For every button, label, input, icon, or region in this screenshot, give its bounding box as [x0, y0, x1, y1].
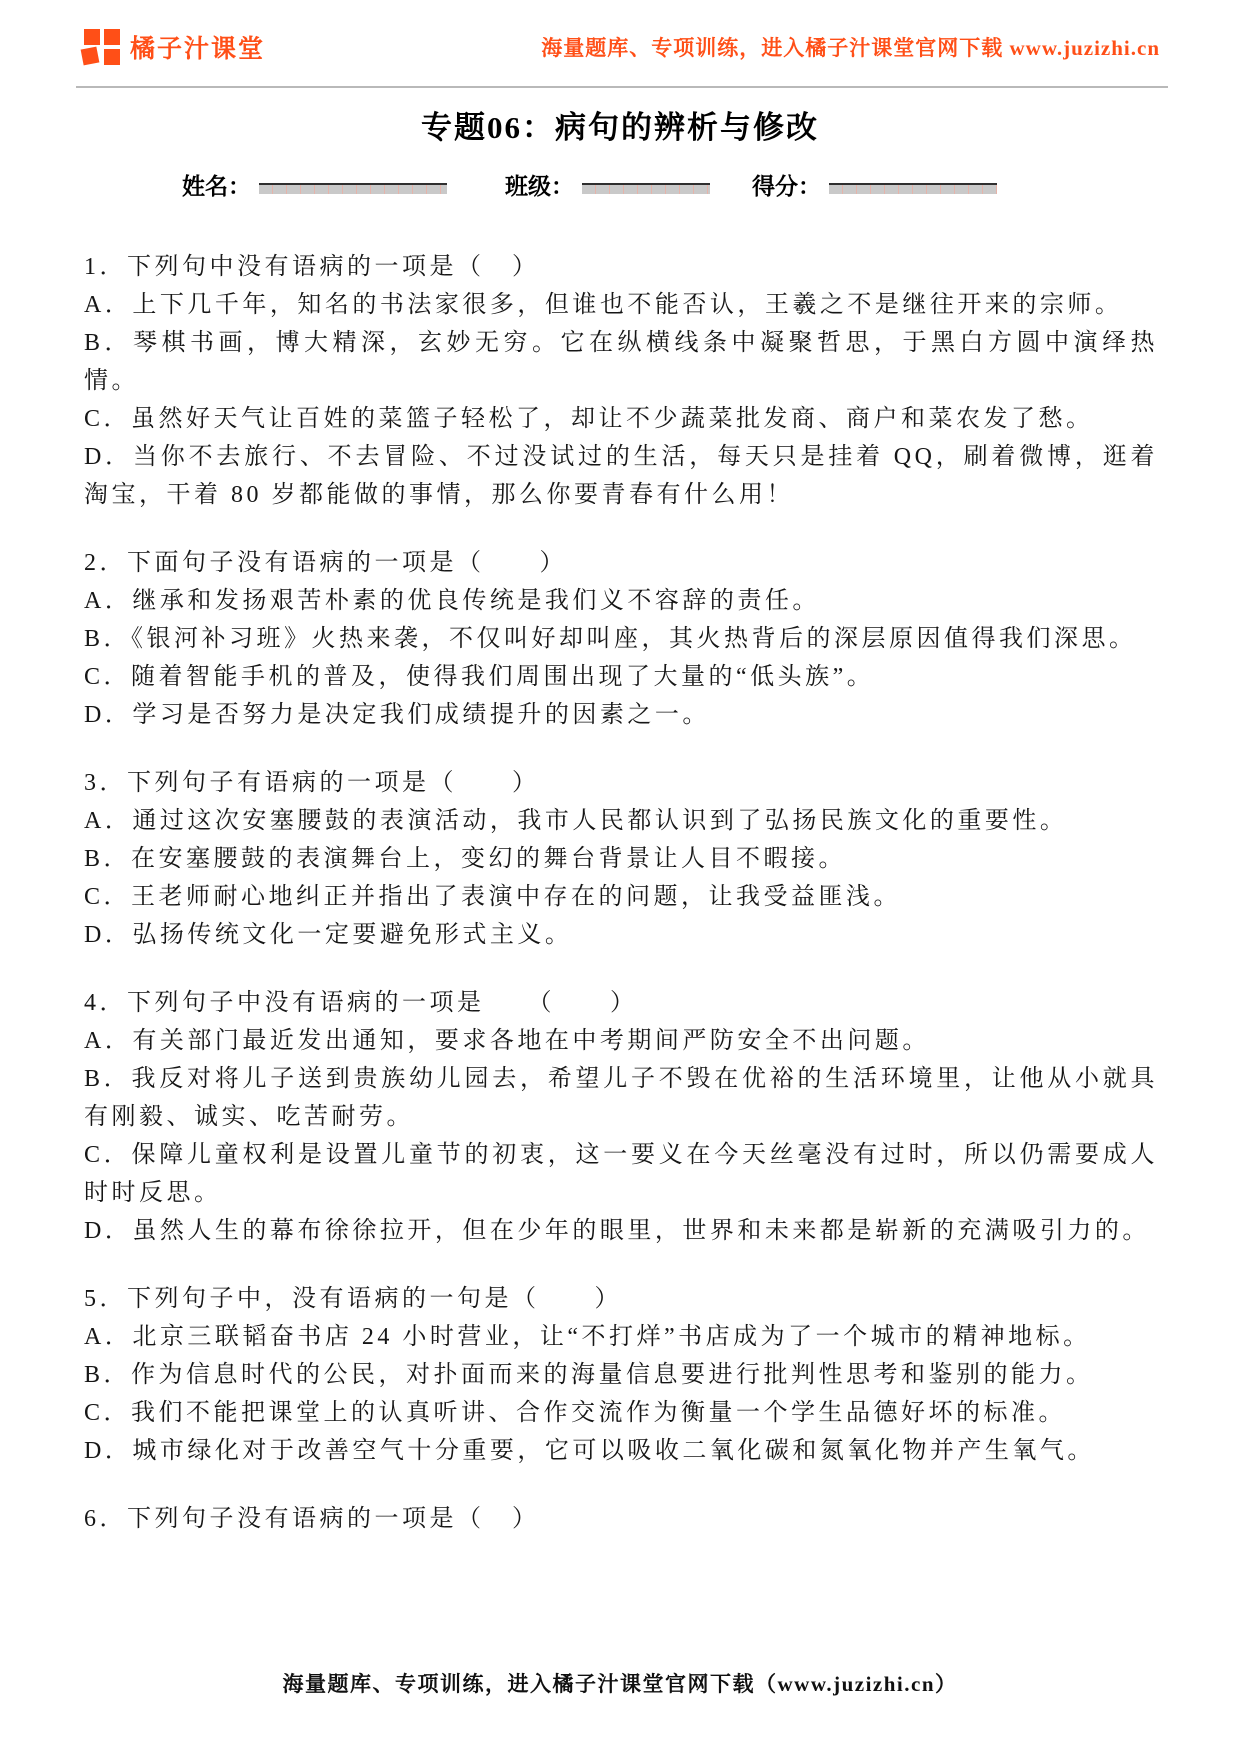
question-5-option-d: D．城市绿化对于改善空气十分重要，它可以吸收二氧化碳和氮氧化物并产生氧气。: [84, 1432, 1158, 1470]
question-4-stem: 4．下列句子中没有语病的一项是 （ ）: [84, 984, 1158, 1022]
question-1-option-a: A．上下几千年，知名的书法家很多，但谁也不能否认，王羲之不是继往开来的宗师。: [84, 286, 1158, 324]
question-6: 6．下列句子没有语病的一项是（ ）: [84, 1500, 1158, 1538]
question-3-option-a: A．通过这次安塞腰鼓的表演活动，我市人民都认识到了弘扬民族文化的重要性。: [84, 802, 1158, 840]
brand-logo: 橘子汁课堂: [84, 28, 265, 65]
four-squares-logo-icon: [84, 28, 121, 65]
question-1-stem: 1．下列句中没有语病的一项是（ ）: [84, 248, 1158, 286]
question-6-stem: 6．下列句子没有语病的一项是（ ）: [84, 1500, 1158, 1538]
question-3-option-d: D．弘扬传统文化一定要避免形式主义。: [84, 916, 1158, 954]
question-4-option-c: C．保障儿童权利是设置儿童节的初衷，这一要义在今天丝毫没有过时，所以仍需要成人时…: [84, 1136, 1158, 1212]
question-2-stem: 2．下面句子没有语病的一项是（ ）: [84, 544, 1158, 582]
document-page: 橘子汁课堂 海量题库、专项训练，进入橘子汁课堂官网下载 www.juzizhi.…: [0, 0, 1240, 1754]
question-2-option-c: C．随着智能手机的普及，使得我们周围出现了大量的“低头族”。: [84, 658, 1158, 696]
question-1: 1．下列句中没有语病的一项是（ ） A．上下几千年，知名的书法家很多，但谁也不能…: [84, 248, 1158, 514]
student-info-row: 姓名： 班级： 得分：: [182, 168, 997, 201]
question-2-option-d: D．学习是否努力是决定我们成绩提升的因素之一。: [84, 696, 1158, 734]
name-blank-line: [259, 183, 447, 194]
question-5-stem: 5．下列句子中，没有语病的一句是（ ）: [84, 1280, 1158, 1318]
score-field: 得分：: [752, 168, 997, 201]
question-4-option-a: A．有关部门最近发出通知，要求各地在中考期间严防安全不出问题。: [84, 1022, 1158, 1060]
question-4: 4．下列句子中没有语病的一项是 （ ） A．有关部门最近发出通知，要求各地在中考…: [84, 984, 1158, 1250]
question-1-option-b: B．琴棋书画，博大精深，玄妙无穷。它在纵横线条中凝聚哲思，于黑白方圆中演绎热情。: [84, 324, 1158, 400]
question-4-option-b: B．我反对将儿子送到贵族幼儿园去，希望儿子不毁在优裕的生活环境里，让他从小就具有…: [84, 1060, 1158, 1136]
page-footer: 海量题库、专项训练，进入橘子汁课堂官网下载（www.juzizhi.cn）: [0, 1668, 1240, 1698]
question-4-option-d: D．虽然人生的幕布徐徐拉开，但在少年的眼里，世界和未来都是崭新的充满吸引力的。: [84, 1212, 1158, 1250]
brand-name: 橘子汁课堂: [130, 29, 265, 65]
header-divider: [76, 86, 1168, 88]
question-5-option-c: C．我们不能把课堂上的认真听讲、合作交流作为衡量一个学生品德好坏的标准。: [84, 1394, 1158, 1432]
question-3-option-c: C．王老师耐心地纠正并指出了表演中存在的问题，让我受益匪浅。: [84, 878, 1158, 916]
question-3-stem: 3．下列句子有语病的一项是（ ）: [84, 764, 1158, 802]
question-1-option-c: C．虽然好天气让百姓的菜篮子轻松了，却让不少蔬菜批发商、商户和菜农发了愁。: [84, 400, 1158, 438]
question-2-option-b: B．《银河补习班》火热来袭，不仅叫好却叫座，其火热背后的深层原因值得我们深思。: [84, 620, 1158, 658]
question-list: 1．下列句中没有语病的一项是（ ） A．上下几千年，知名的书法家很多，但谁也不能…: [84, 248, 1158, 1568]
class-blank-line: [582, 183, 710, 194]
question-3-option-b: B．在安塞腰鼓的表演舞台上，变幻的舞台背景让人目不暇接。: [84, 840, 1158, 878]
class-field: 班级：: [505, 168, 710, 201]
question-5: 5．下列句子中，没有语病的一句是（ ） A．北京三联韬奋书店 24 小时营业，让…: [84, 1280, 1158, 1470]
name-field: 姓名：: [182, 168, 447, 201]
question-5-option-a: A．北京三联韬奋书店 24 小时营业，让“不打烊”书店成为了一个城市的精神地标。: [84, 1318, 1158, 1356]
class-label: 班级：: [505, 168, 574, 201]
score-label: 得分：: [752, 168, 821, 201]
question-2: 2．下面句子没有语病的一项是（ ） A．继承和发扬艰苦朴素的优良传统是我们义不容…: [84, 544, 1158, 734]
header-promo-text: 海量题库、专项训练，进入橘子汁课堂官网下载 www.juzizhi.cn: [541, 32, 1160, 62]
page-title: 专题06：病句的辨析与修改: [0, 102, 1240, 147]
question-2-option-a: A．继承和发扬艰苦朴素的优良传统是我们义不容辞的责任。: [84, 582, 1158, 620]
question-1-option-d: D．当你不去旅行、不去冒险、不过没试过的生活，每天只是挂着 QQ，刷着微博，逛着…: [84, 438, 1158, 514]
name-label: 姓名：: [182, 168, 251, 201]
page-header: 橘子汁课堂 海量题库、专项训练，进入橘子汁课堂官网下载 www.juzizhi.…: [84, 28, 1160, 65]
score-blank-line: [829, 183, 997, 194]
question-3: 3．下列句子有语病的一项是（ ） A．通过这次安塞腰鼓的表演活动，我市人民都认识…: [84, 764, 1158, 954]
question-5-option-b: B．作为信息时代的公民，对扑面而来的海量信息要进行批判性思考和鉴别的能力。: [84, 1356, 1158, 1394]
